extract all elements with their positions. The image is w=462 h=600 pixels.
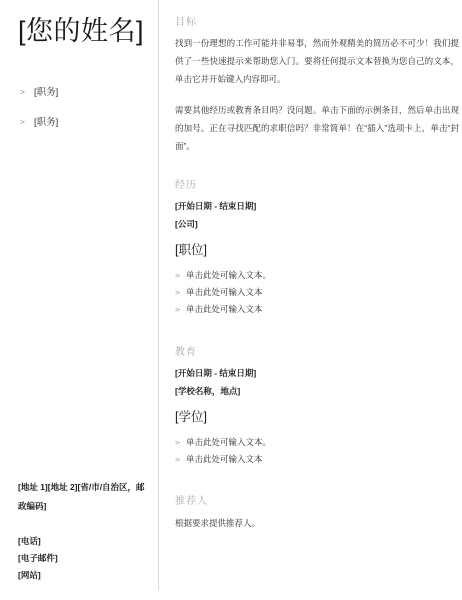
chevron-marker-icon: >	[175, 285, 180, 300]
education-school-placeholder[interactable]: [学校名称，地点]	[175, 385, 459, 398]
address-placeholder[interactable]: [地址 1][地址 2][省/市/自治区，邮政编码]	[18, 478, 150, 516]
references-body-placeholder[interactable]: 根据要求提供推荐人。	[175, 515, 459, 532]
bullet-text: 单击此处可输入文本	[186, 451, 263, 468]
name-placeholder[interactable]: [您的姓名]	[18, 14, 144, 48]
experience-section-heading: 经历	[175, 176, 459, 191]
experience-bullet[interactable]: > 单击此处可输入文本。	[175, 267, 459, 284]
experience-bullet[interactable]: > 单击此处可输入文本	[175, 284, 459, 301]
chevron-marker-icon: >	[175, 435, 180, 450]
role-label: [职务]	[34, 85, 58, 101]
chevron-marker-icon: >	[175, 302, 180, 317]
education-bullet[interactable]: > 单击此处可输入文本	[175, 451, 459, 468]
education-bullet[interactable]: > 单击此处可输入文本。	[175, 434, 459, 451]
objective-section-heading: 目标	[175, 13, 459, 28]
objective-paragraph[interactable]: 找到一份理想的工作可能并非易事，然而外观精美的简历必不可少！我们提供了一些快速提…	[175, 34, 459, 88]
references-section-heading: 推荐人	[175, 492, 459, 507]
bullet-text: 单击此处可输入文本	[186, 301, 263, 318]
experience-company-placeholder[interactable]: [公司]	[175, 218, 459, 231]
main-column: 目标 找到一份理想的工作可能并非易事，然而外观精美的简历必不可少！我们提供了一些…	[175, 0, 459, 600]
bullet-text: 单击此处可输入文本。	[186, 267, 271, 284]
chevron-marker-icon: >	[175, 268, 180, 283]
chevron-marker-icon: >	[20, 85, 25, 99]
role-item[interactable]: > [职务]	[20, 84, 150, 101]
role-list: > [职务] > [职务]	[20, 84, 150, 144]
website-placeholder[interactable]: [网站]	[18, 567, 150, 584]
chevron-marker-icon: >	[20, 115, 25, 129]
education-section-heading: 教育	[175, 343, 459, 358]
phone-placeholder[interactable]: [电话]	[18, 533, 150, 550]
sidebar: [您的姓名] > [职务] > [职务] [地址 1][地址 2][省/市/自治…	[18, 0, 154, 600]
education-degree-placeholder[interactable]: [学位]	[175, 409, 459, 425]
experience-bullet[interactable]: > 单击此处可输入文本	[175, 301, 459, 318]
email-placeholder[interactable]: [电子邮件]	[18, 550, 150, 567]
experience-date-range-placeholder[interactable]: [开始日期 - 结束日期]	[175, 200, 459, 213]
education-date-range-placeholder[interactable]: [开始日期 - 结束日期]	[175, 367, 459, 380]
experience-job-title-placeholder[interactable]: [职位]	[175, 242, 459, 258]
resume-page: [您的姓名] > [职务] > [职务] [地址 1][地址 2][省/市/自治…	[0, 0, 462, 600]
bullet-text: 单击此处可输入文本	[186, 284, 263, 301]
role-label: [职务]	[34, 115, 58, 131]
role-item[interactable]: > [职务]	[20, 114, 150, 131]
chevron-marker-icon: >	[175, 452, 180, 467]
education-bullet-list: > 单击此处可输入文本。 > 单击此处可输入文本	[175, 434, 459, 468]
contact-block: [地址 1][地址 2][省/市/自治区，邮政编码] [电话] [电子邮件] […	[18, 478, 150, 584]
objective-paragraph[interactable]: 需要其他经历或教育条目吗？没问题。单击下面的示例条目，然后单击出现的加号。正在寻…	[175, 101, 459, 155]
column-divider	[158, 0, 159, 590]
bullet-text: 单击此处可输入文本。	[186, 434, 271, 451]
experience-bullet-list: > 单击此处可输入文本。 > 单击此处可输入文本 > 单击此处可输入文本	[175, 267, 459, 318]
